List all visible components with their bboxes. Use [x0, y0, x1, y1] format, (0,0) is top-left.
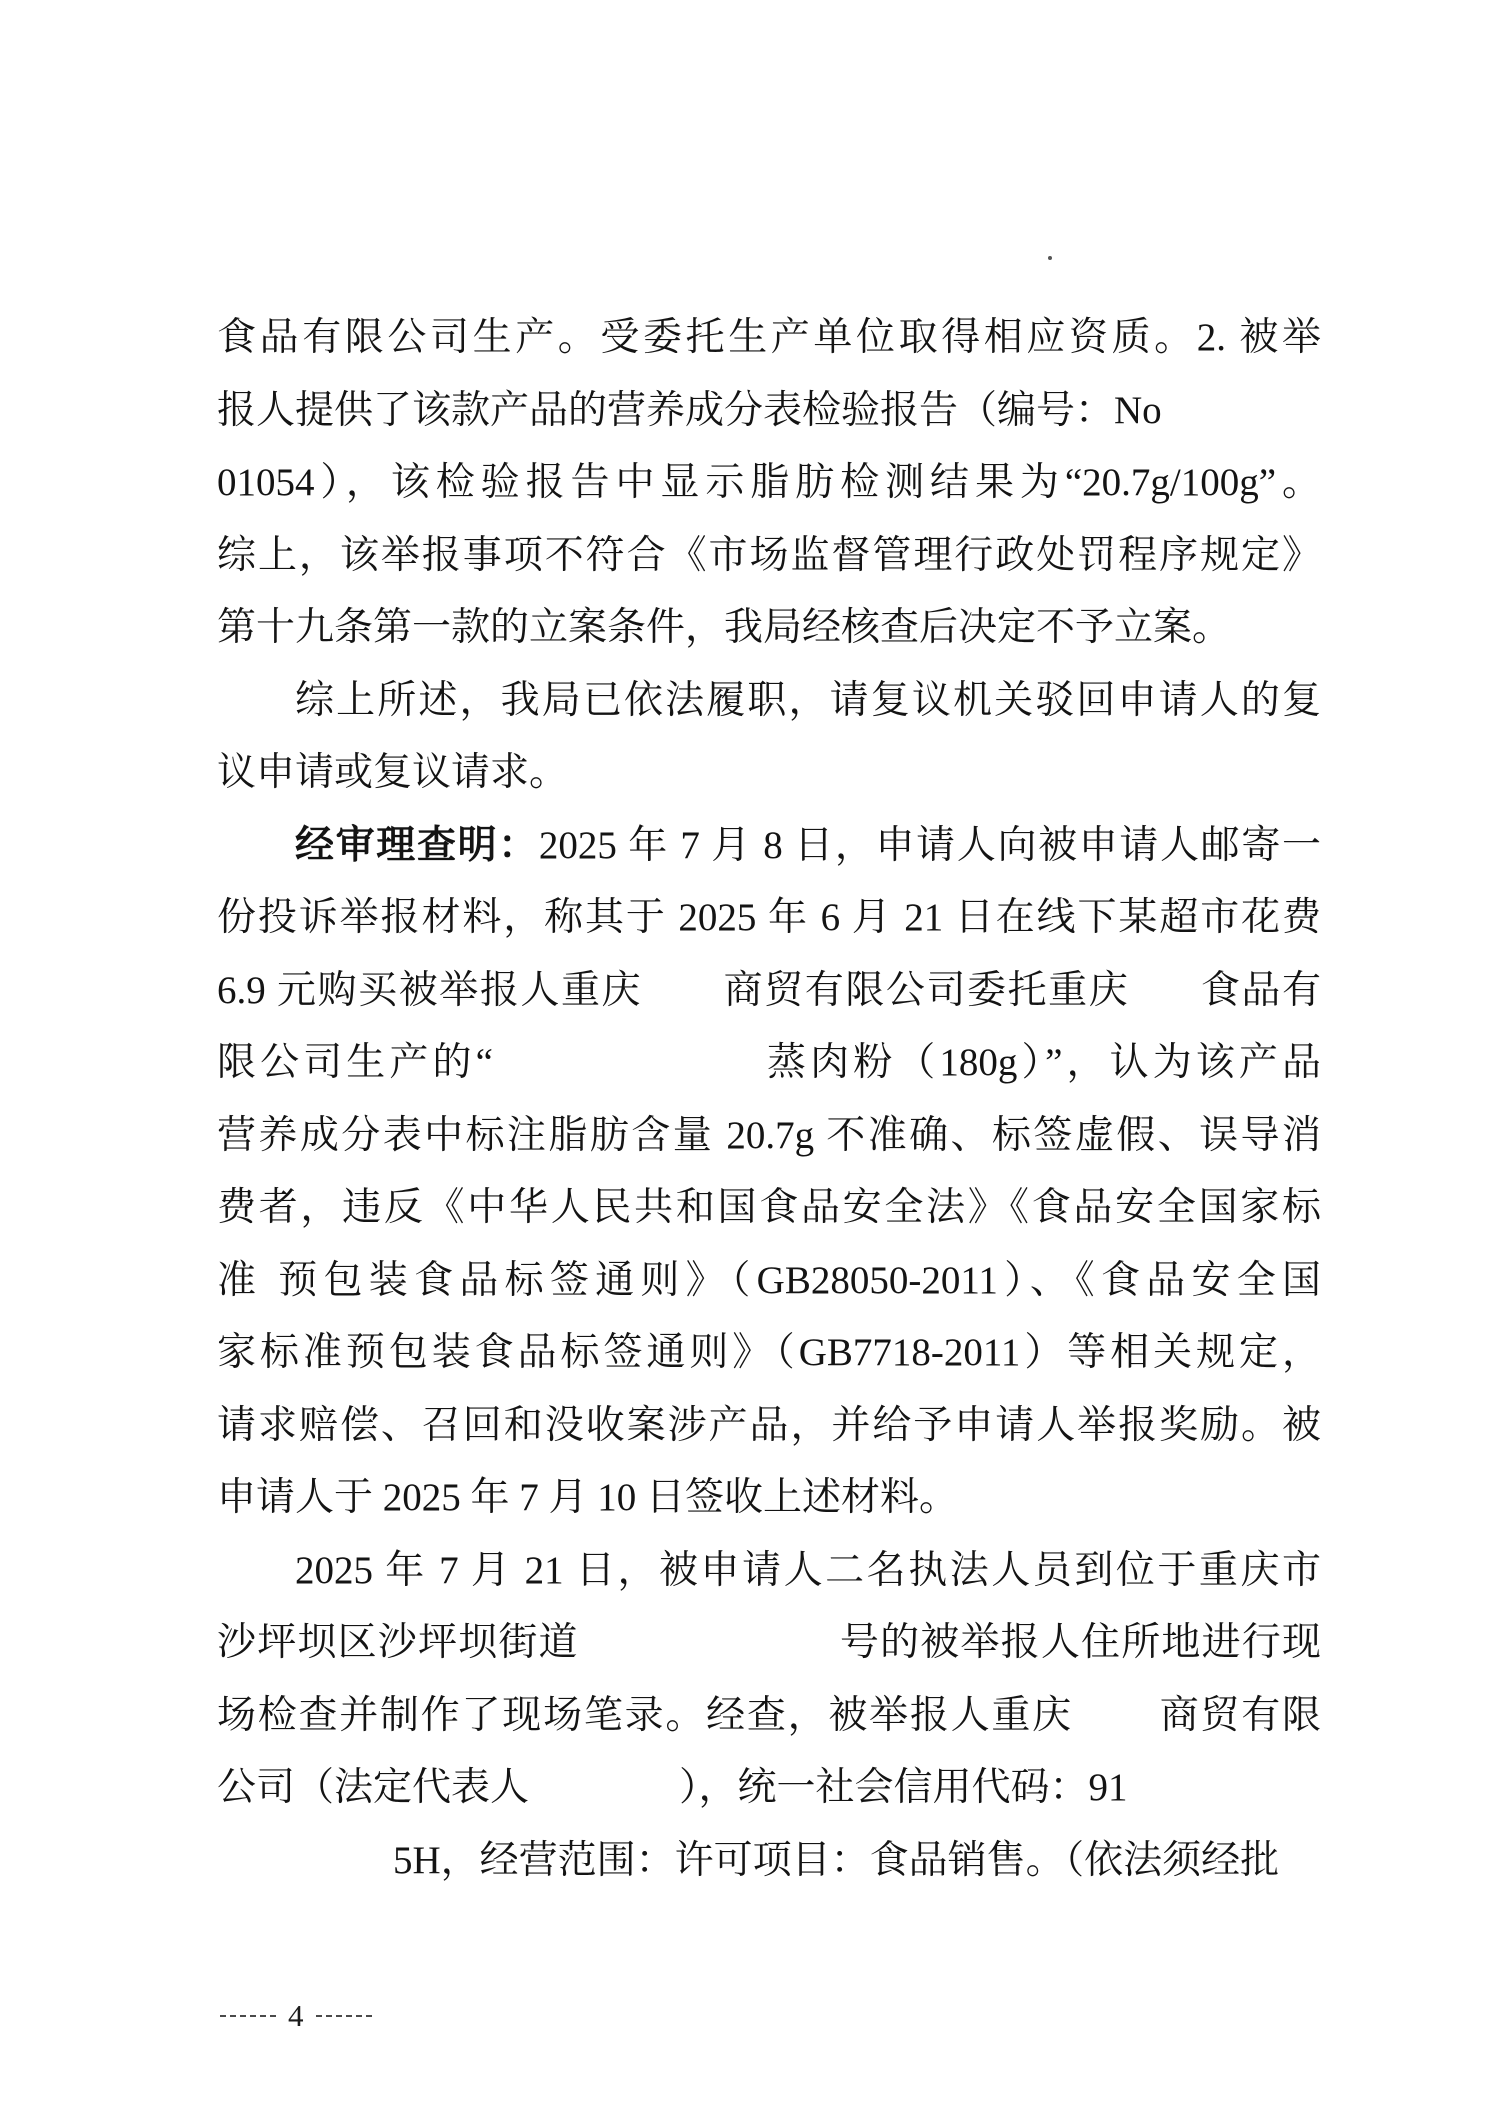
text-run: 2025 年 7 月 8 日，申请人向被申请人邮寄一	[539, 824, 1321, 867]
text-line: 报人提供了该款产品的营养成分表检验报告（编号：No	[217, 375, 1321, 448]
text-line: 限公司生产的“蒸肉粉（180g）”，认为该产品	[217, 1027, 1321, 1100]
scan-artifact-dot	[1048, 256, 1052, 260]
document-body: 食品有限公司生产。受委托生产单位取得相应资质。2. 被举报人提供了该款产品的营养…	[217, 302, 1321, 1897]
text-run: 6.9 元购买被举报人重庆	[217, 969, 642, 1012]
text-line: 第十九条第一款的立案条件，我局经核查后决定不予立案。	[217, 592, 1321, 665]
text-run: 综上所述，我局已依法履职，请复议机关驳回申请人的复	[295, 679, 1321, 722]
text-run: 申请人于 2025 年 7 月 10 日签收上述材料。	[217, 1476, 958, 1519]
text-run: 费者，违反《中华人民共和国食品安全法》《食品安全国家标	[217, 1186, 1321, 1229]
text-run: 请求赔偿、召回和没收案涉产品，并给予申请人举报奖励。被	[217, 1404, 1321, 1447]
text-line: 费者，违反《中华人民共和国食品安全法》《食品安全国家标	[217, 1172, 1321, 1245]
bold-text-run: 经审理查明：	[295, 824, 539, 867]
text-line: 营养成分表中标注脂肪含量 20.7g 不准确、标签虚假、误导消	[217, 1100, 1321, 1173]
text-run: 沙坪坝区沙坪坝街道	[217, 1621, 579, 1664]
text-line: 食品有限公司生产。受委托生产单位取得相应资质。2. 被举	[217, 302, 1321, 375]
redacted-gap	[529, 1799, 679, 1800]
text-run: 商贸有限公司委托重庆	[722, 969, 1129, 1012]
text-run: 食品有限公司生产。受委托生产单位取得相应资质。2. 被举	[217, 316, 1321, 359]
text-run: 号的被举报人住所地进行现	[839, 1621, 1321, 1664]
text-line: 公司（法定代表人），统一社会信用代码：91	[217, 1752, 1321, 1825]
text-line: 场检查并制作了现场笔录。经查，被举报人重庆商贸有限	[217, 1680, 1321, 1753]
redacted-gap	[642, 1002, 722, 1003]
text-run: ），统一社会信用代码：91	[679, 1766, 1128, 1809]
text-run: 蒸肉粉（180g）”，认为该产品	[763, 1041, 1321, 1084]
text-run: 营养成分表中标注脂肪含量 20.7g 不准确、标签虚假、误导消	[217, 1114, 1321, 1157]
text-line: 份投诉举报材料，称其于 2025 年 6 月 21 日在线下某超市花费	[217, 882, 1321, 955]
text-run: 食品有	[1199, 969, 1321, 1012]
text-line: 综上所述，我局已依法履职，请复议机关驳回申请人的复	[217, 665, 1321, 738]
footer-dash-left-icon	[220, 2015, 276, 2017]
text-run: 第十九条第一款的立案条件，我局经核查后决定不予立案。	[217, 606, 1231, 649]
text-run: 家标准预包装食品标签通则》（GB7718-2011）等相关规定，	[217, 1331, 1321, 1374]
redacted-gap	[579, 1654, 839, 1655]
redacted-gap	[1129, 1002, 1199, 1003]
text-run: 01054），该检验报告中显示脂肪检测结果为“20.7g/100g”。	[217, 461, 1321, 504]
redacted-gap	[1073, 1727, 1158, 1728]
text-line: 5H，经营范围：许可项目：食品销售。（依法须经批	[217, 1825, 1321, 1898]
text-line: 经审理查明：2025 年 7 月 8 日，申请人向被申请人邮寄一	[217, 810, 1321, 883]
text-line: 请求赔偿、召回和没收案涉产品，并给予申请人举报奖励。被	[217, 1390, 1321, 1463]
text-line: 准 预包装食品标签通则》（GB28050-2011）、《食品安全国	[217, 1245, 1321, 1318]
text-line: 6.9 元购买被举报人重庆商贸有限公司委托重庆食品有	[217, 955, 1321, 1028]
text-run: 5H，经营范围：许可项目：食品销售。（依法须经批	[393, 1839, 1279, 1882]
redacted-gap	[493, 1074, 763, 1075]
text-run: 准 预包装食品标签通则》（GB28050-2011）、《食品安全国	[217, 1259, 1321, 1302]
text-run: 限公司生产的“	[217, 1041, 493, 1084]
text-run: 议申请或复议请求。	[217, 751, 568, 794]
text-run: 商贸有限	[1158, 1694, 1321, 1737]
page-footer: 4	[208, 1994, 384, 2038]
text-line: 沙坪坝区沙坪坝街道号的被举报人住所地进行现	[217, 1607, 1321, 1680]
redacted-gap	[217, 1872, 393, 1873]
text-run: 报人提供了该款产品的营养成分表检验报告（编号：No	[217, 389, 1162, 432]
page-number: 4	[288, 1998, 304, 2034]
text-line: 家标准预包装食品标签通则》（GB7718-2011）等相关规定，	[217, 1317, 1321, 1390]
text-line: 2025 年 7 月 21 日，被申请人二名执法人员到位于重庆市	[217, 1535, 1321, 1608]
text-line: 议申请或复议请求。	[217, 737, 1321, 810]
document-page: 食品有限公司生产。受委托生产单位取得相应资质。2. 被举报人提供了该款产品的营养…	[0, 0, 1487, 2105]
text-line: 综上，该举报事项不符合《市场监督管理行政处罚程序规定》	[217, 520, 1321, 593]
text-run: 场检查并制作了现场笔录。经查，被举报人重庆	[217, 1694, 1073, 1737]
text-run: 份投诉举报材料，称其于 2025 年 6 月 21 日在线下某超市花费	[217, 896, 1321, 939]
text-run: 2025 年 7 月 21 日，被申请人二名执法人员到位于重庆市	[295, 1549, 1321, 1592]
text-run: 公司（法定代表人	[217, 1766, 529, 1809]
text-line: 申请人于 2025 年 7 月 10 日签收上述材料。	[217, 1462, 1321, 1535]
text-run: 综上，该举报事项不符合《市场监督管理行政处罚程序规定》	[217, 534, 1321, 577]
footer-dash-right-icon	[316, 2015, 372, 2017]
text-line: 01054），该检验报告中显示脂肪检测结果为“20.7g/100g”。	[217, 447, 1321, 520]
